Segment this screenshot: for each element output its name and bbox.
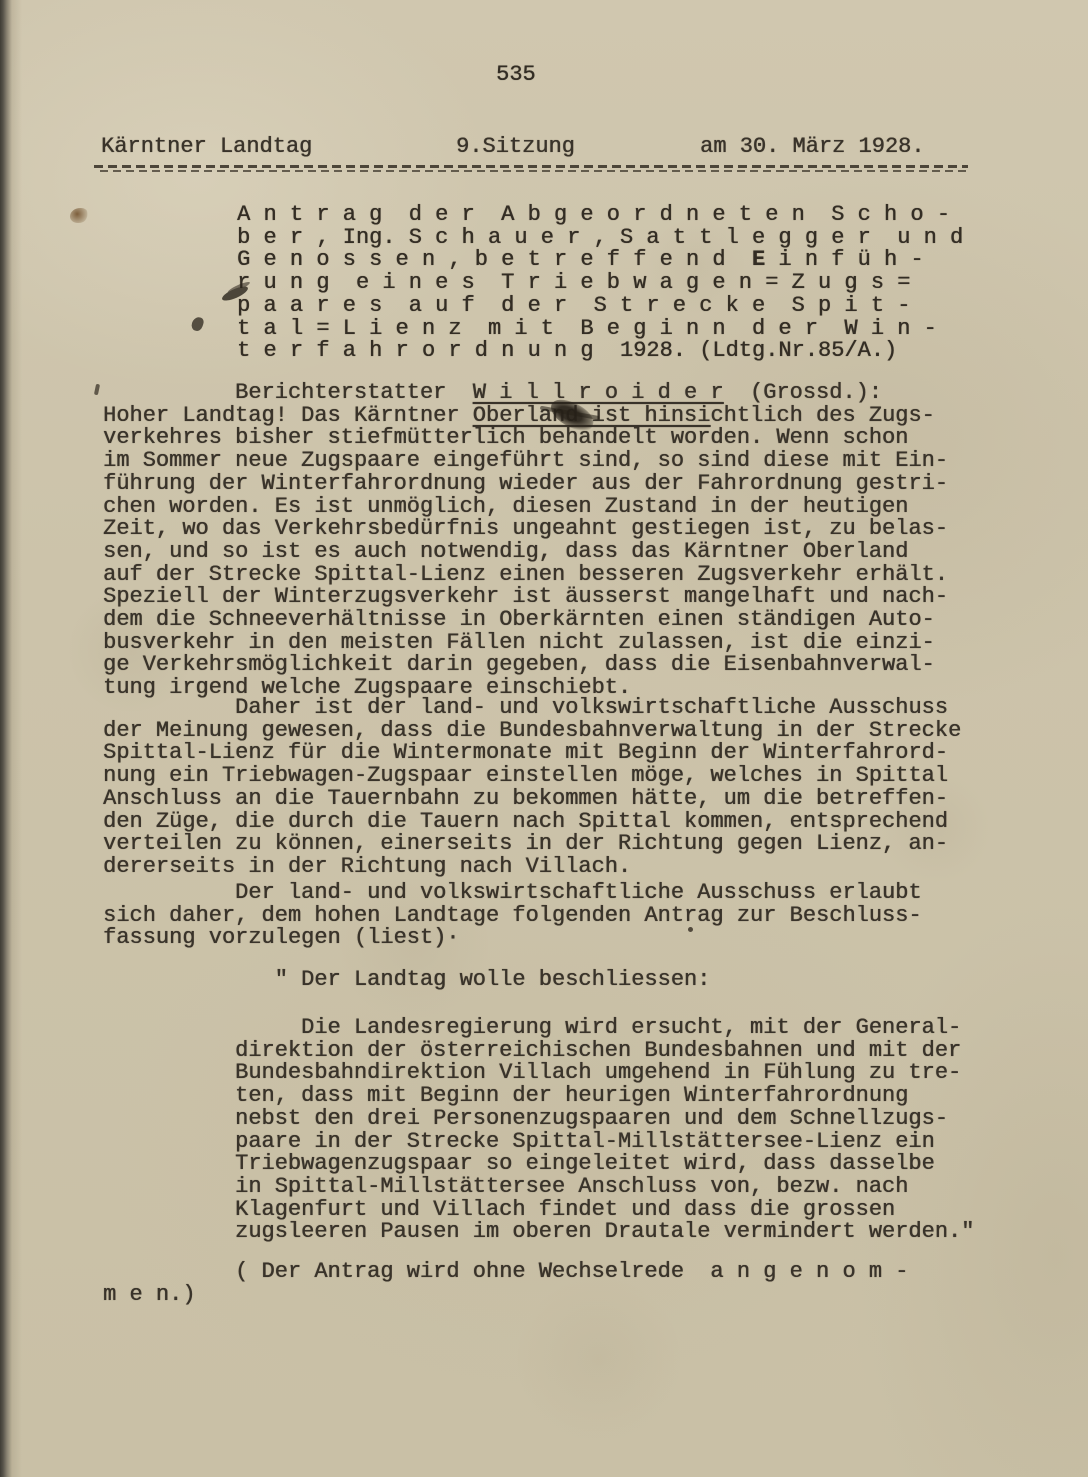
- quote-intro-line: " Der Landtag wolle beschliessen:: [103, 969, 710, 992]
- stray-ink-comma: [94, 384, 100, 396]
- page-number: 535: [496, 64, 536, 87]
- committee-paragraph: Daher ist der land- und volkswirtschaftl…: [103, 697, 961, 879]
- motion-title-block: A n t r a g d e r A b g e o r d n e t e …: [237, 204, 963, 363]
- header-date: am 30. März 1928.: [700, 136, 924, 159]
- header-dashed-rule: [94, 165, 968, 174]
- reporter-paragraph: Berichterstatter W i l l r o i d e r (Gr…: [103, 382, 948, 700]
- scan-edge-shadow: [0, 0, 22, 1477]
- paper-stain: [70, 208, 88, 223]
- resolution-quote: Die Landesregierung wird ersucht, mit de…: [235, 1017, 974, 1244]
- closing-paragraph: ( Der Antrag wird ohne Wechselrede a n g…: [103, 1261, 908, 1306]
- header-institution: Kärntner Landtag: [101, 136, 312, 159]
- motion-paragraph: Der land- und volkswirtschaftliche Aussc…: [103, 882, 922, 950]
- ink-smudge-title-paares: [190, 316, 205, 333]
- scanned-page: 535 Kärntner Landtag 9.Sitzung am 30. Mä…: [0, 0, 1088, 1477]
- header-session: 9.Sitzung: [456, 136, 575, 159]
